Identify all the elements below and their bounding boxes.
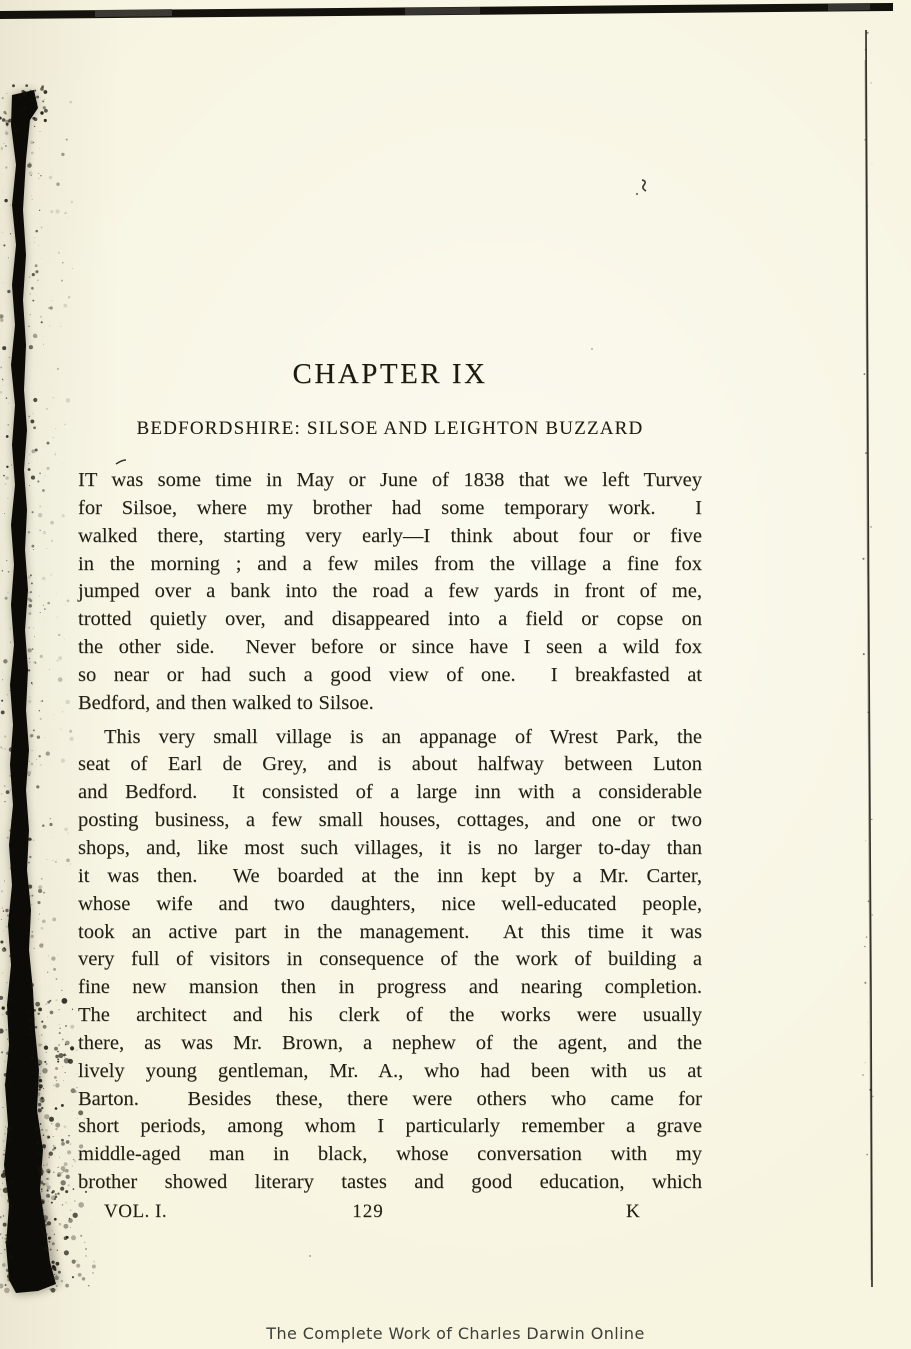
right-edge-line	[866, 30, 872, 1287]
text-line: walked there, starting very early—I thin…	[78, 523, 702, 551]
text-line: for Silsoe, where my brother had some te…	[78, 495, 702, 523]
text-line: lively young gentleman, Mr. A., who had …	[78, 1058, 702, 1086]
top-edge-bar	[0, 3, 893, 19]
text-line: Barton. Besides these, there were others…	[78, 1086, 702, 1114]
gutter-shadow	[4, 90, 60, 1295]
text-line: so near or had such a good view of one. …	[78, 662, 702, 690]
text-line: very full of visitors in consequence of …	[78, 946, 702, 974]
body-text: IT was some time in May or June of 1838 …	[78, 467, 702, 1197]
signature-mark: K	[626, 1198, 640, 1225]
ink-speck	[40, 111, 43, 114]
text-line: trotted quietly over, and disappeared in…	[78, 606, 702, 634]
text-line: This very small village is an appanage o…	[78, 724, 702, 752]
text-line: short periods, among whom I particularly…	[78, 1113, 702, 1141]
text-line: shops, and, like most such villages, it …	[78, 835, 702, 863]
text-line: seat of Earl de Grey, and is about halfw…	[78, 751, 702, 779]
scanned-book-page: CHAPTER IX BEDFORDSHIRE: SILSOE AND LEIG…	[0, 0, 911, 1349]
site-caption: The Complete Work of Charles Darwin Onli…	[0, 1324, 911, 1344]
page-content: CHAPTER IX BEDFORDSHIRE: SILSOE AND LEIG…	[78, 357, 702, 1225]
text-line: took an active part in the management. A…	[78, 919, 702, 947]
text-line: the other side. Never before or since ha…	[78, 634, 702, 662]
text-line: in the morning ; and a few miles from th…	[78, 551, 702, 579]
text-line: Bedford, and then walked to Silsoe.	[78, 690, 702, 718]
text-line: jumped over a bank into the road a few y…	[78, 578, 702, 606]
page-footer: VOL. I. 129 K	[78, 1198, 702, 1225]
text-line: IT was some time in May or June of 1838 …	[78, 467, 702, 495]
text-line: there, as was Mr. Brown, a nephew of the…	[78, 1030, 702, 1058]
text-line: posting business, a few small houses, co…	[78, 807, 702, 835]
paragraph: IT was some time in May or June of 1838 …	[78, 467, 702, 718]
chapter-heading: CHAPTER IX	[78, 357, 702, 391]
text-line: brother showed literary tastes and good …	[78, 1169, 702, 1197]
page-number: 129	[78, 1198, 658, 1225]
paragraph: This very small village is an appanage o…	[78, 724, 702, 1197]
text-line: it was then. We boarded at the inn kept …	[78, 863, 702, 891]
gutter-band	[4, 90, 56, 1293]
text-line: fine new mansion then in progress and ne…	[78, 974, 702, 1002]
stray-squiggle	[642, 180, 646, 191]
text-line: The architect and his clerk of the works…	[78, 1002, 702, 1030]
text-line: whose wife and two daughters, nice well-…	[78, 891, 702, 919]
chapter-subtitle: BEDFORDSHIRE: SILSOE AND LEIGHTON BUZZAR…	[78, 418, 702, 440]
text-line: middle-aged man in black, whose conversa…	[78, 1141, 702, 1169]
text-line: and Bedford. It consisted of a large inn…	[78, 779, 702, 807]
